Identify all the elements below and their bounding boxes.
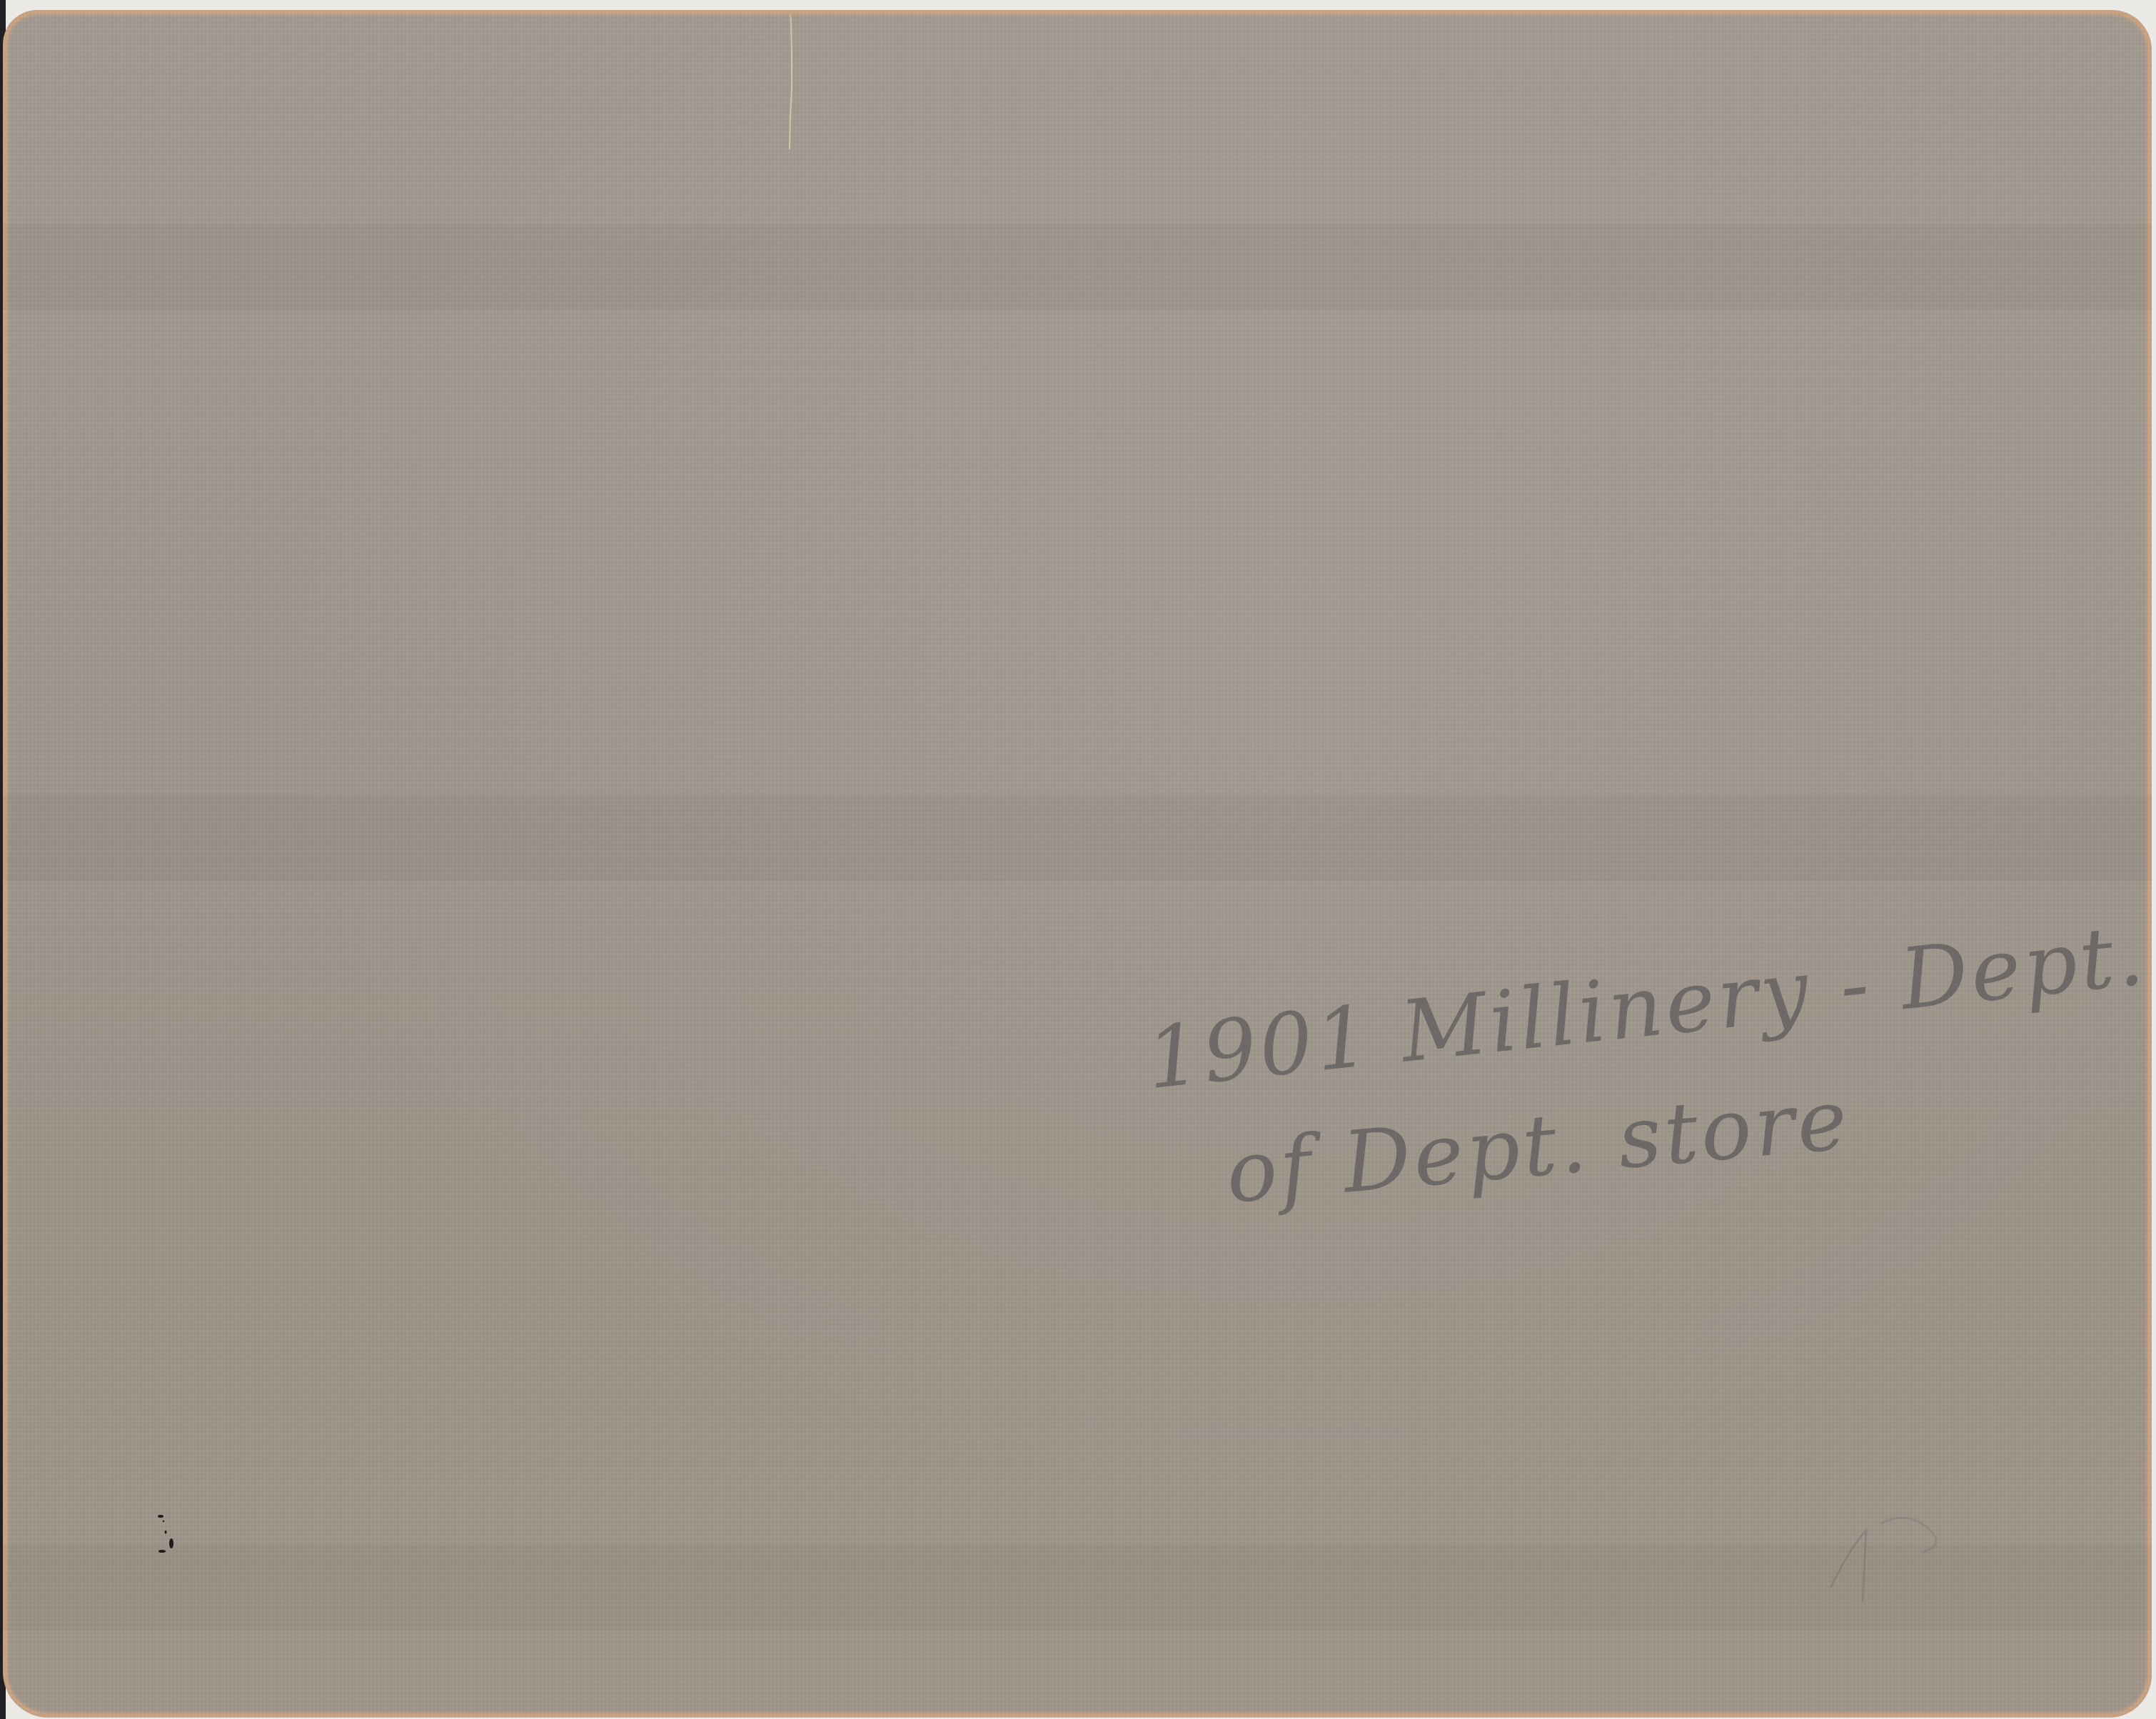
cabinet-card-back: 1901 Millinery - Dept. of Dept. store [3,10,2152,1718]
pencil-note-line-2: of Dept. store [1222,1069,1854,1222]
scan-banding [3,795,2152,881]
scan-banding [3,224,2152,310]
crack-icon [788,10,794,153]
faint-pencil-marks-icon [1802,1481,1988,1623]
pencil-note-line-1: 1901 Millinery - Dept. [1142,905,2151,1108]
ink-speck-icon [156,1513,178,1556]
